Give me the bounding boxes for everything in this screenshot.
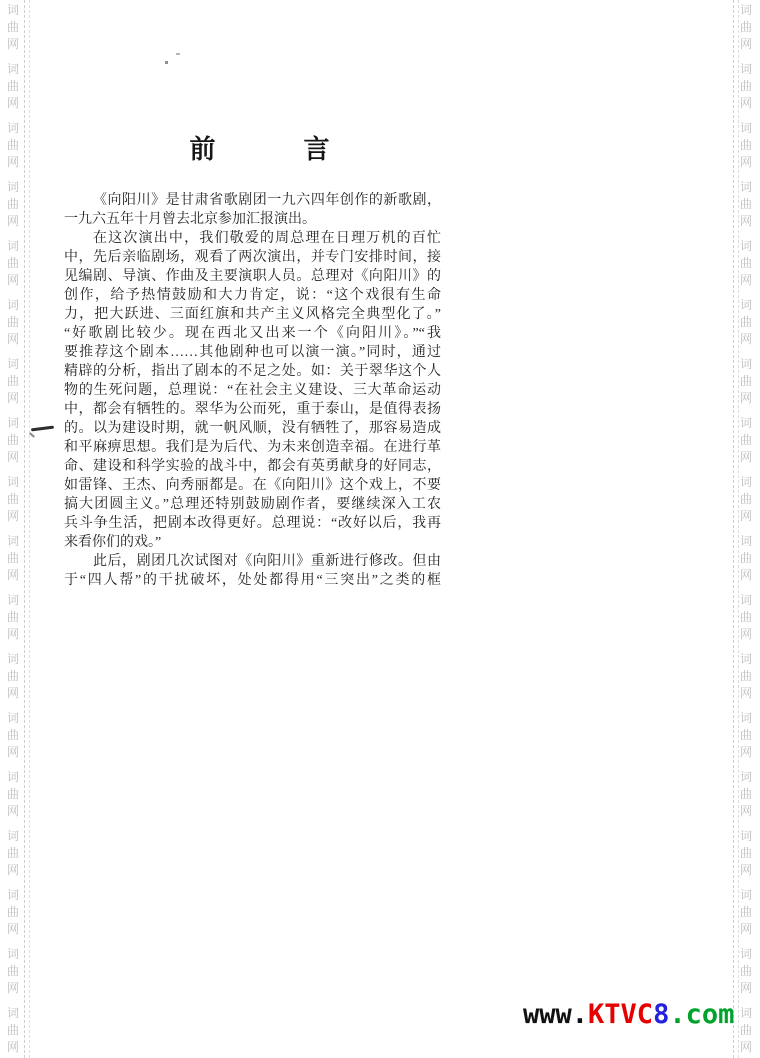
scanned-page: 词曲网词曲网词曲网词曲网词曲网词曲网词曲网词曲网词曲网词曲网词曲网词曲网词曲网词… [0,0,760,1058]
watermark-text: 词曲网 [5,415,21,466]
watermark-text: 词曲网 [5,61,21,112]
watermark-column-right: 词曲网词曲网词曲网词曲网词曲网词曲网词曲网词曲网词曲网词曲网词曲网词曲网词曲网词… [738,2,754,1058]
watermark-text: 词曲网 [738,828,754,879]
watermark-text: 词曲网 [5,474,21,525]
text-line: 中，先后亲临剧场，观看了两次演出，并专门安排时间，接 [64,248,441,267]
text-line: 来看你们的戏。” [64,533,441,552]
watermark-text: 词曲网 [738,474,754,525]
site-logo-segment: .com [669,999,734,1030]
site-logo-segment: 8 [653,999,669,1030]
text-line: 一九六五年十月曾去北京参加汇报演出。 [64,210,441,229]
watermark-text: 词曲网 [5,2,21,53]
dashed-divider-left-inner [29,0,30,1058]
pen-mark [31,426,54,432]
heading-char: 前 [189,137,215,163]
watermark-text: 词曲网 [738,120,754,171]
watermark-text: 词曲网 [738,415,754,466]
watermark-text: 词曲网 [5,946,21,997]
site-logo-segment: www. [523,999,588,1030]
text-line: 搞大团圆主义。”总理还特别鼓励剧作者，要继续深入工农 [64,495,441,514]
watermark-text: 词曲网 [738,238,754,289]
watermark-text: 词曲网 [5,356,21,407]
watermark-column-left: 词曲网词曲网词曲网词曲网词曲网词曲网词曲网词曲网词曲网词曲网词曲网词曲网词曲网词… [5,2,21,1058]
text-line: 于“四人帮”的干扰破坏，处处都得用“三突出”之类的框 [64,571,441,590]
watermark-text: 词曲网 [5,828,21,879]
text-line: 见编剧、导演、作曲及主要演职人员。总理对《向阳川》的 [64,267,441,286]
scan-speck [176,53,180,55]
watermark-text: 词曲网 [5,1005,21,1056]
text-line: 兵斗争生活，把剧本改得更好。总理说：“改好以后，我再 [64,514,441,533]
watermark-text: 词曲网 [738,61,754,112]
text-line: “好歌剧比较少。现在西北又出来一个《向阳川》。”“我 [64,324,441,343]
watermark-text: 词曲网 [5,887,21,938]
text-line: 中，都会有牺牲的。翠华为公而死，重于泰山，是值得表扬 [64,400,441,419]
text-line: 此后，剧团几次试图对《向阳川》重新进行修改。但由 [64,552,441,571]
dashed-divider-right-inner [733,0,734,1058]
watermark-text: 词曲网 [738,710,754,761]
page-content: 前 言 《向阳川》是甘肃省歌剧团一九六四年创作的新歌剧，一九六五年十月曾去北京参… [64,137,441,590]
watermark-text: 词曲网 [738,592,754,643]
text-line: 《向阳川》是甘肃省歌剧团一九六四年创作的新歌剧， [64,191,441,210]
watermark-text: 词曲网 [738,1005,754,1056]
text-line: 精辟的分析，指出了剧本的不足之处。如：关于翠华这个人 [64,362,441,381]
heading-char: 言 [304,137,330,163]
site-logo-segment: KTVC [588,999,653,1030]
watermark-text: 词曲网 [738,769,754,820]
dashed-divider-right-outer [738,0,739,1058]
dashed-divider-left-outer [24,0,25,1058]
watermark-text: 词曲网 [5,592,21,643]
watermark-text: 词曲网 [738,887,754,938]
watermark-text: 词曲网 [738,533,754,584]
site-logo: www.KTVC8.com [523,1001,734,1028]
watermark-text: 词曲网 [5,769,21,820]
text-line: 创作，给予热情鼓励和大力肯定，说：“这个戏很有生命 [64,286,441,305]
text-line: 物的生死问题，总理说：“在社会主义建设、三大革命运动 [64,381,441,400]
watermark-text: 词曲网 [5,120,21,171]
watermark-text: 词曲网 [5,297,21,348]
watermark-text: 词曲网 [738,179,754,230]
watermark-text: 词曲网 [5,533,21,584]
watermark-text: 词曲网 [5,238,21,289]
preface-heading: 前 言 [64,137,441,163]
watermark-text: 词曲网 [5,651,21,702]
watermark-text: 词曲网 [738,651,754,702]
watermark-text: 词曲网 [5,179,21,230]
preface-body: 《向阳川》是甘肃省歌剧团一九六四年创作的新歌剧，一九六五年十月曾去北京参加汇报演… [64,191,441,590]
watermark-text: 词曲网 [5,710,21,761]
text-line: 要推荐这个剧本……其他剧种也可以演一演。”同时，通过 [64,343,441,362]
watermark-text: 词曲网 [738,946,754,997]
watermark-text: 词曲网 [738,2,754,53]
text-line: 在这次演出中，我们敬爱的周总理在日理万机的百忙 [64,229,441,248]
text-line: 力，把大跃进、三面红旗和共产主义风格完全典型化了。” [64,305,441,324]
text-line: 的。以为建设时期，就一帆风顺，没有牺牲了，那容易造成 [64,419,441,438]
watermark-text: 词曲网 [738,356,754,407]
text-line: 命、建设和科学实验的战斗中，都会有英勇献身的好同志， [64,457,441,476]
scan-speck [165,61,168,64]
text-line: 和平麻痹思想。我们是为后代、为未来创造幸福。在进行革 [64,438,441,457]
text-line: 如雷锋、王杰、向秀丽都是。在《向阳川》这个戏上，不要 [64,476,441,495]
watermark-text: 词曲网 [738,297,754,348]
